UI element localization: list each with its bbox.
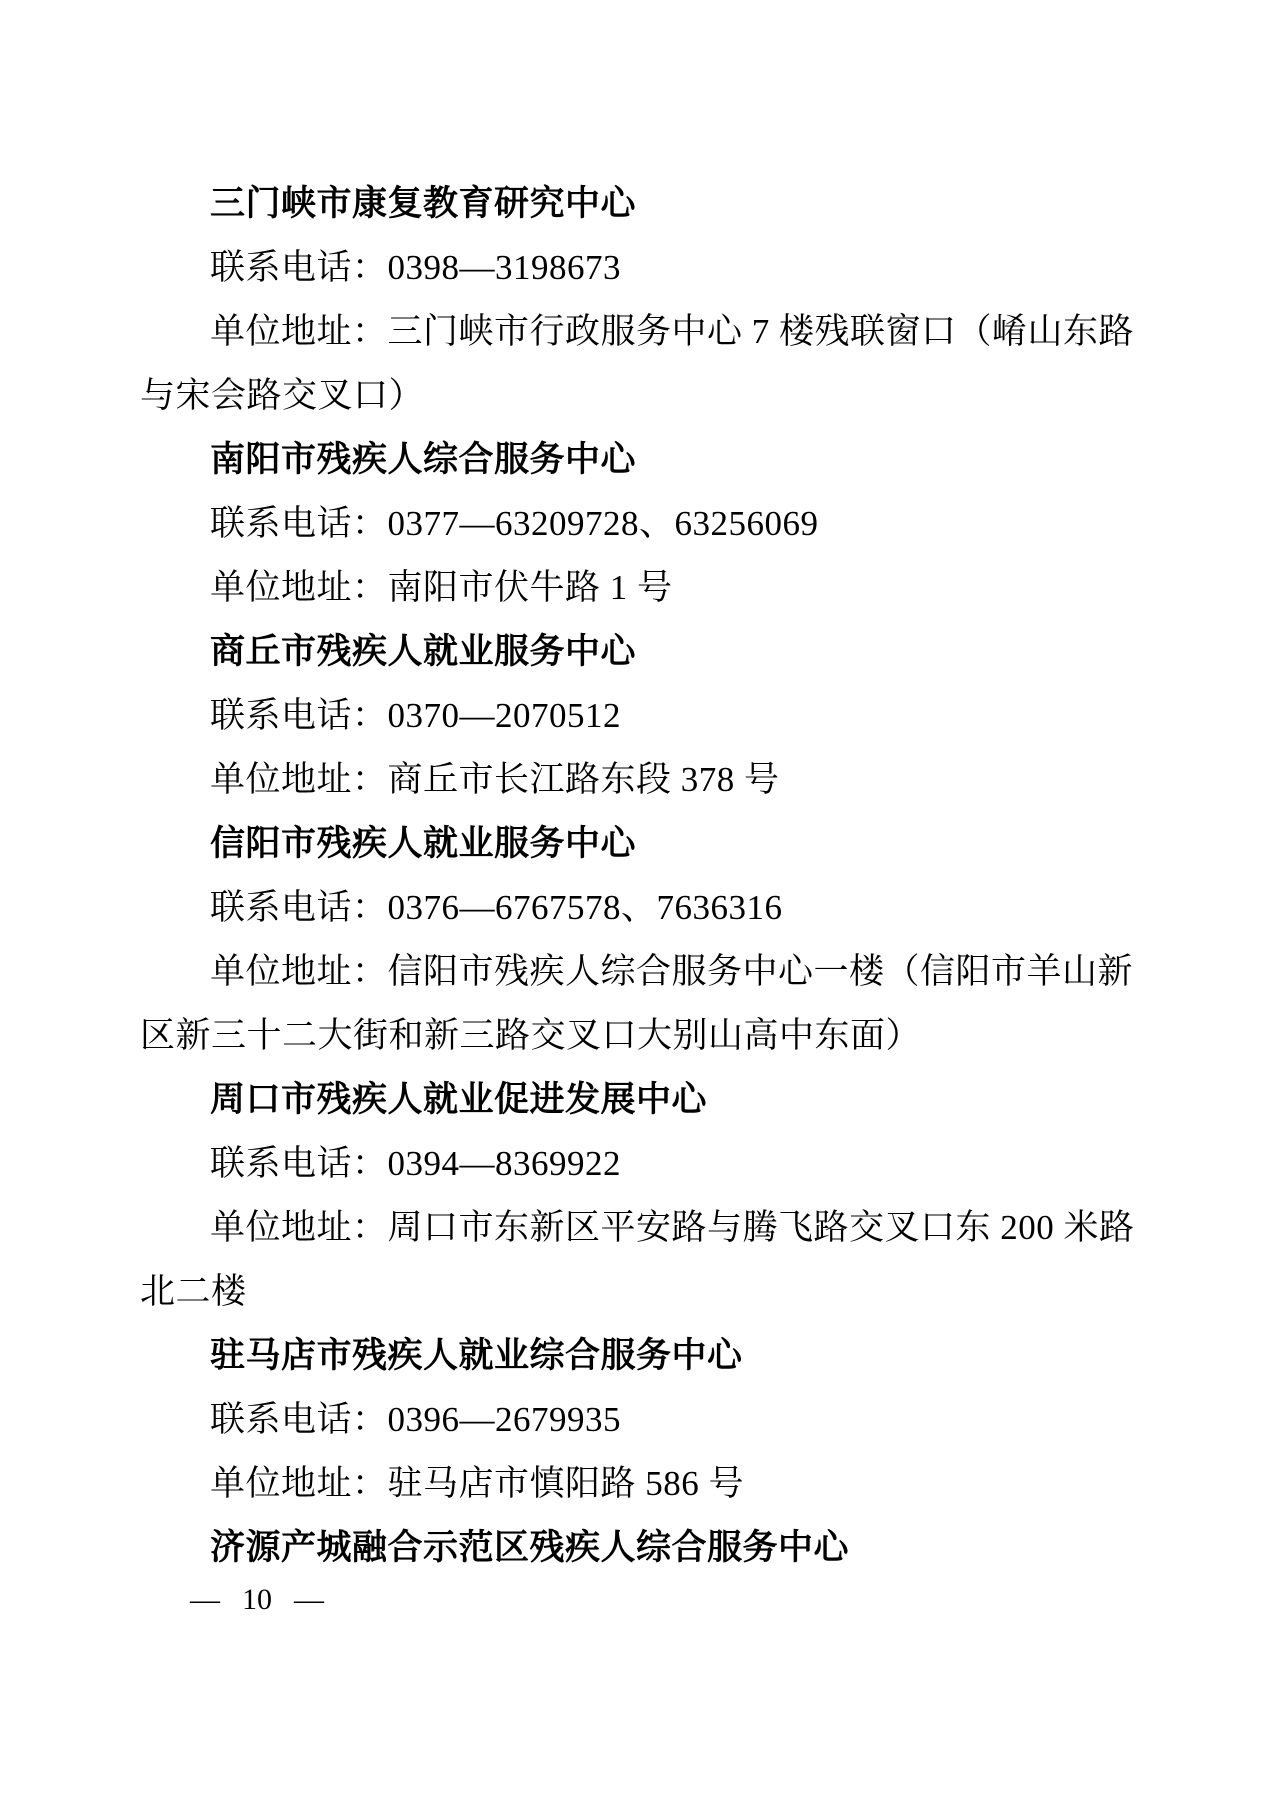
document-page: 三门峡市康复教育研究中心 联系电话：0398—3198673 单位地址：三门峡市… xyxy=(0,0,1280,1811)
center-name: 周口市残疾人就业促进发展中心 xyxy=(140,1068,1150,1132)
footer-dash-left: — xyxy=(190,1580,220,1620)
center-entry: 济源产城融合示范区残疾人综合服务中心 xyxy=(140,1516,1150,1580)
address-line-continuation: 与宋会路交叉口） xyxy=(140,364,1150,428)
center-name: 驻马店市残疾人就业综合服务中心 xyxy=(140,1324,1150,1388)
phone-line: 联系电话：0396—2679935 xyxy=(140,1388,1150,1452)
page-number: 10 xyxy=(242,1580,272,1620)
center-name: 南阳市残疾人综合服务中心 xyxy=(140,428,1150,492)
center-name: 三门峡市康复教育研究中心 xyxy=(140,172,1150,236)
phone-line: 联系电话：0377—63209728、63256069 xyxy=(140,492,1150,556)
footer-dash-right: — xyxy=(294,1580,324,1620)
phone-line: 联系电话：0394—8369922 xyxy=(140,1132,1150,1196)
center-entry: 驻马店市残疾人就业综合服务中心 联系电话：0396—2679935 单位地址：驻… xyxy=(140,1324,1150,1516)
address-line: 单位地址：周口市东新区平安路与腾飞路交叉口东 200 米路 xyxy=(140,1196,1150,1260)
center-name: 济源产城融合示范区残疾人综合服务中心 xyxy=(140,1516,1150,1580)
document-body: 三门峡市康复教育研究中心 联系电话：0398—3198673 单位地址：三门峡市… xyxy=(0,0,1280,1580)
center-entry: 商丘市残疾人就业服务中心 联系电话：0370—2070512 单位地址：商丘市长… xyxy=(140,620,1150,812)
center-entry: 信阳市残疾人就业服务中心 联系电话：0376—6767578、7636316 单… xyxy=(140,812,1150,1068)
center-entry: 南阳市残疾人综合服务中心 联系电话：0377—63209728、63256069… xyxy=(140,428,1150,620)
phone-line: 联系电话：0376—6767578、7636316 xyxy=(140,876,1150,940)
center-entry: 周口市残疾人就业促进发展中心 联系电话：0394—8369922 单位地址：周口… xyxy=(140,1068,1150,1324)
center-name: 信阳市残疾人就业服务中心 xyxy=(140,812,1150,876)
phone-line: 联系电话：0398—3198673 xyxy=(140,236,1150,300)
address-line-continuation: 区新三十二大街和新三路交叉口大别山高中东面） xyxy=(140,1004,1150,1068)
page-footer: — 10 — xyxy=(190,1580,324,1620)
center-entry: 三门峡市康复教育研究中心 联系电话：0398—3198673 单位地址：三门峡市… xyxy=(140,172,1150,428)
address-line: 单位地址：南阳市伏牛路 1 号 xyxy=(140,556,1150,620)
center-name: 商丘市残疾人就业服务中心 xyxy=(140,620,1150,684)
address-line-continuation: 北二楼 xyxy=(140,1260,1150,1324)
address-line: 单位地址：驻马店市慎阳路 586 号 xyxy=(140,1452,1150,1516)
phone-line: 联系电话：0370—2070512 xyxy=(140,684,1150,748)
address-line: 单位地址：三门峡市行政服务中心 7 楼残联窗口（崤山东路 xyxy=(140,300,1150,364)
address-line: 单位地址：商丘市长江路东段 378 号 xyxy=(140,748,1150,812)
address-line: 单位地址：信阳市残疾人综合服务中心一楼（信阳市羊山新 xyxy=(140,940,1150,1004)
